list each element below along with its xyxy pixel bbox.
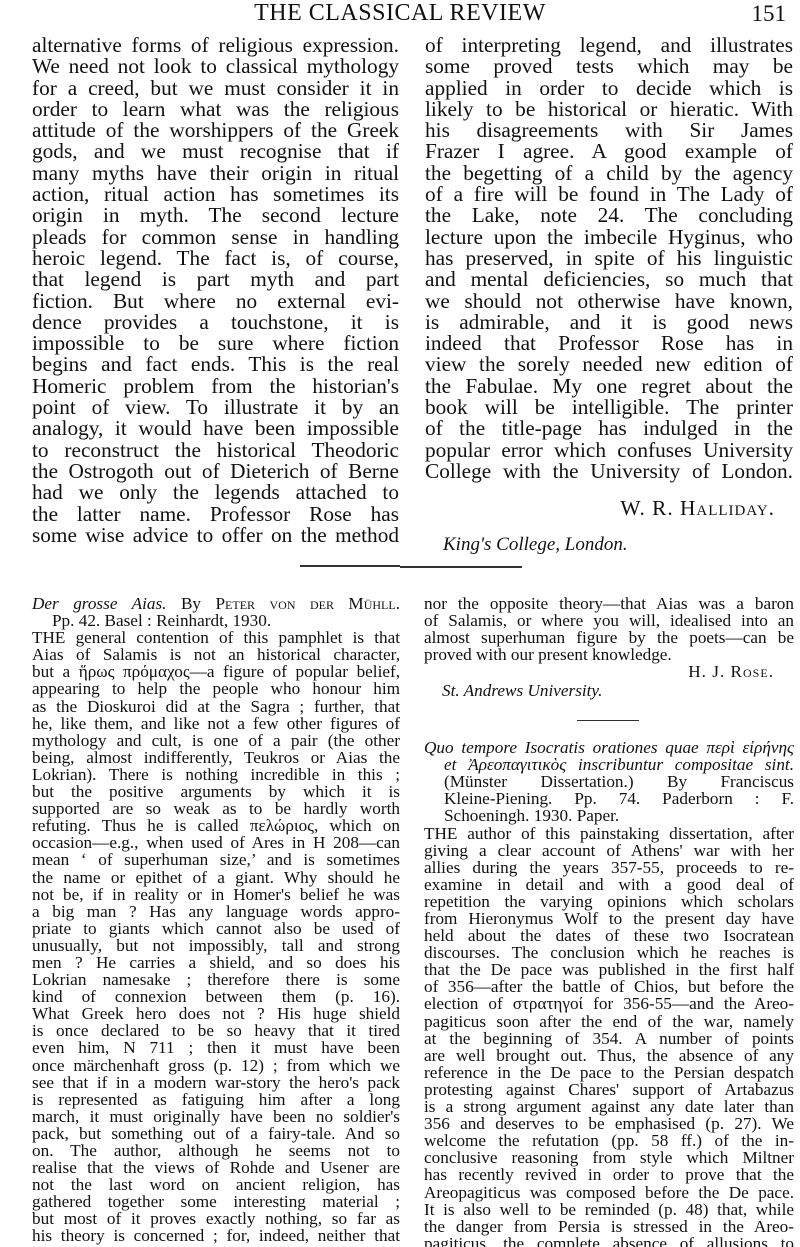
text-line: What Greek hero does not ? His huge shie… — [32, 1005, 400, 1022]
review1-left-column: alternative forms of religious expressio… — [32, 35, 399, 546]
section-divider — [300, 565, 400, 567]
text-line: pagiticus, the complete absence of allus… — [424, 1235, 794, 1247]
review2-body-continued: nor the opposite theory—that Aias was a … — [424, 595, 794, 663]
text-line: applied in order to decide which is — [425, 78, 793, 99]
text-line: of interpreting legend, and illustrates — [425, 35, 793, 56]
text-line: to reconstruct the historical Theodoric — [32, 440, 399, 461]
text-line: that legend is part myth and part — [32, 269, 399, 290]
text-line: 356 and deserves to be emphasised (p. 27… — [424, 1115, 794, 1132]
text-line: attitude of the worshippers of the Greek — [32, 120, 399, 141]
review3-details-line3: Schoeningh. 1930. Paper. — [424, 807, 794, 824]
text-line: that the De pace was published in the fi… — [424, 961, 794, 978]
text-line: not be, if in reality or in Homer's beli… — [32, 886, 400, 903]
text-line: proved with our present knowledge. — [424, 646, 794, 663]
text-line: view the sorely needed new edition of — [425, 354, 793, 375]
text-line: pagiticus soon after the end of the war,… — [424, 1013, 794, 1030]
text-line: pack, but something out of a fairy-tale.… — [32, 1125, 400, 1142]
text-line: Lokrian). There is nothing incredible in… — [32, 766, 400, 783]
text-line: at the beginning of 354. A number of poi… — [424, 1030, 794, 1047]
text-line: has preserved, in spite of his linguisti… — [425, 248, 793, 269]
text-line: had we only the legends attached to — [32, 482, 399, 503]
running-title: THE CLASSICAL REVIEW — [0, 0, 800, 27]
text-line: analogy, it would have been impossible — [32, 418, 399, 439]
text-line: the begetting of a child by the agency — [425, 163, 793, 184]
text-line: occasion—e.g., when used of Ares in H 20… — [32, 834, 400, 851]
text-line: but a ἥρως πρόμαχος—a figure of popular … — [32, 663, 400, 680]
text-line: We need not look to classical mythology — [32, 56, 399, 77]
text-line: some wise advice to offer on the method — [32, 525, 399, 546]
section-divider — [400, 566, 522, 568]
text-line: heroic legend. The fact is, of course, — [32, 248, 399, 269]
text-line: book will be intelligible. The printer — [425, 397, 793, 418]
text-line: his theory is concerned ; for, indeed, n… — [32, 1227, 400, 1244]
text-line: Areopagiticus was composed before the De… — [424, 1184, 794, 1201]
text-line: election of στρατηγοί for 356-55—and the… — [424, 995, 794, 1012]
text-line: priate to giants which cannot also be us… — [32, 920, 400, 937]
text-line: action, ritual action has sometimes its — [32, 184, 399, 205]
text-line: Lokrian namesake ; therefore there is so… — [32, 971, 400, 988]
text-line: of the title-page has indulged in the — [425, 418, 793, 439]
text-line: gods, and we must recognise that if — [32, 141, 399, 162]
text-line: indeed that Professor Rose has in — [425, 333, 793, 354]
text-line: protesting against Chares' support of Ar… — [424, 1081, 794, 1098]
text-line: of Salamis, or where you will, idealised… — [424, 612, 794, 629]
text-line: THE general contention of this pamphlet … — [32, 629, 400, 646]
text-line: has recently revived in order to prove t… — [424, 1166, 794, 1183]
text-line: allies during the years 357-55, proceeds… — [424, 859, 794, 876]
text-line: Aias of Salamis is not an historical cha… — [32, 646, 400, 663]
text-line: held about the dates of these two Isocra… — [424, 927, 794, 944]
text-line: origin in myth. The second lecture — [32, 205, 399, 226]
text-line: fiction. But where no external evi- — [32, 291, 399, 312]
text-line: the Lake, note 24. The concluding — [425, 205, 793, 226]
text-line: pleads for common sense in handling — [32, 227, 399, 248]
text-line: even him, N 711 ; then it must have been — [32, 1039, 400, 1056]
text-line: once märchenhaft gross (p. 12) ; from wh… — [32, 1057, 400, 1074]
text-line: not the last word on ancient religion, h… — [32, 1176, 400, 1193]
text-line: being, almost indifferently, Teukros or … — [32, 749, 400, 766]
text-line: appearing to help the people who honour … — [32, 680, 400, 697]
text-line: conclusive reasoning from style which Mi… — [424, 1149, 794, 1166]
text-line: College with the University of London. — [425, 461, 793, 482]
text-line: examine in detail and with a good deal o… — [424, 876, 794, 893]
text-line: kind of connexion between them (p. 16). — [32, 988, 400, 1005]
review3-title-line1: Quo tempore Isocratis orationes quae περ… — [424, 739, 794, 756]
text-line: giving a clear account of Athens' war wi… — [424, 842, 794, 859]
review1-right-text: of interpreting legend, and illustratess… — [425, 35, 793, 482]
text-line: popular error which confuses University — [425, 440, 793, 461]
text-line: we should not otherwise have known, — [425, 291, 793, 312]
text-line: is admirable, and it is good news — [425, 312, 793, 333]
text-line: and mental deficiencies, so much that — [425, 269, 793, 290]
text-line: Homeric problem from the historian's — [32, 376, 399, 397]
section-divider — [577, 720, 639, 722]
text-line: realise that the views of Rohde and Usen… — [32, 1159, 400, 1176]
review1-right-column: of interpreting legend, and illustratess… — [425, 35, 793, 555]
text-line: reference in the De pace to the Persian … — [424, 1064, 794, 1081]
text-line: point of view. To illustrate it by an — [32, 397, 399, 418]
text-line: discourses. The conclusion which he reac… — [424, 944, 794, 961]
text-line: the name or epithet of a giant. Why shou… — [32, 869, 400, 886]
text-line: from Hieronymus Wolf to the present day … — [424, 910, 794, 927]
review1-signature: W. R. Halliday. — [425, 498, 793, 519]
text-line: the latter name. Professor Rose has — [32, 504, 399, 525]
text-line: his disagreements with Sir James — [425, 120, 793, 141]
text-line: as the Dioskuroi did at the Sagra ; furt… — [32, 698, 400, 715]
text-line: supported are so weak as to be hardly wo… — [32, 800, 400, 817]
text-line: on. The author, although he seems not to — [32, 1142, 400, 1159]
review3-title-line2: et Ἀρεοπαγιτικὸς inscribuntur compositae… — [424, 756, 794, 773]
text-line: men ? He carries a shield, and so does h… — [32, 954, 400, 971]
text-line: THE author of this painstaking dissertat… — [424, 825, 794, 842]
text-line: refuting. Thus he is called πελώριος, wh… — [32, 817, 400, 834]
text-line: a big man ? Has any language words appro… — [32, 903, 400, 920]
text-line: likely to be historical or hieratic. Wit… — [425, 99, 793, 120]
text-line: nor the opposite theory—that Aias was a … — [424, 595, 794, 612]
text-line: alternative forms of religious expressio… — [32, 35, 399, 56]
text-line: of a fire will be found in The Lady of — [425, 184, 793, 205]
text-line: see that if in a modern war-story the he… — [32, 1074, 400, 1091]
text-line: impossible to be sure where fiction — [32, 333, 399, 354]
text-line: some proved tests which may be — [425, 56, 793, 77]
text-line: begins and fact ends. This is the real — [32, 354, 399, 375]
text-line: he, like them, and like not a few other … — [32, 715, 400, 732]
review2-details: Pp. 42. Basel : Reinhardt, 1930. — [32, 612, 400, 629]
page-number: 151 — [752, 1, 787, 27]
text-line: the danger from Persia is stressed in th… — [424, 1218, 794, 1235]
text-line: is represented as fatiguing him after a … — [32, 1091, 400, 1108]
page-header: THE CLASSICAL REVIEW 151 — [0, 0, 800, 28]
review2-affiliation: St. Andrews University. — [424, 682, 794, 699]
text-line: order to learn what was the religious — [32, 99, 399, 120]
text-line: of 356—after the battle of Chios, but be… — [424, 978, 794, 995]
text-line: many myths have their origin in ritual — [32, 163, 399, 184]
text-line: is once declared to be so heavy that it … — [32, 1022, 400, 1039]
review2-signature: H. J. Rose. — [424, 663, 794, 680]
text-line: welcome the refutation (pp. 58 ff.) of t… — [424, 1132, 794, 1149]
review3-body: THE author of this painstaking dissertat… — [424, 825, 794, 1247]
text-line: mean ‘ of superhuman size,’ and is somet… — [32, 851, 400, 868]
text-line: are well brought out. Thus, the absence … — [424, 1047, 794, 1064]
text-line: dence provides a touchstone, it is — [32, 312, 399, 333]
text-line: lecture upon the imbecile Hyginus, who — [425, 227, 793, 248]
text-line: gathered together some interesting mater… — [32, 1193, 400, 1210]
review2-left-column: Der grosse Aias. By Peter von der Mühll.… — [32, 595, 400, 1245]
text-line: but most of it proves exactly nothing, s… — [32, 1210, 400, 1227]
text-line: but the positive arguments by which it i… — [32, 783, 400, 800]
text-line: for a creed, but we must consider it in — [32, 78, 399, 99]
text-line: is a strong argument against any date la… — [424, 1098, 794, 1115]
text-line: repetition the varying opinions which sc… — [424, 893, 794, 910]
review3-details-line2: Kleine-Piening. Pp. 74. Paderborn : F. — [424, 790, 794, 807]
review2-heading: Der grosse Aias. By Peter von der Mühll.… — [32, 595, 400, 629]
review3-heading: Quo tempore Isocratis orationes quae περ… — [424, 739, 794, 824]
text-line: It is also well to be reminded (p. 48) t… — [424, 1201, 794, 1218]
text-line: the Fabulae. My one regret about the — [425, 376, 793, 397]
text-line: unusually, but not impossibly, tall and … — [32, 937, 400, 954]
text-line: march, it must originally have been no s… — [32, 1108, 400, 1125]
text-line: the Ostrogoth out of Dieterich of Berne — [32, 461, 399, 482]
review3-details-line1: (Münster Dissertation.) By Franciscus — [424, 773, 794, 790]
text-line: Frazer I agree. A good example of — [425, 141, 793, 162]
review1-affiliation: King's College, London. — [425, 534, 793, 555]
review2-body: THE general contention of this pamphlet … — [32, 629, 400, 1244]
text-line: almost superhuman figure by the poets—ca… — [424, 629, 794, 646]
review2-right-column: nor the opposite theory—that Aias was a … — [424, 595, 794, 1247]
text-line: mythology and cult, is one of a pair (th… — [32, 732, 400, 749]
